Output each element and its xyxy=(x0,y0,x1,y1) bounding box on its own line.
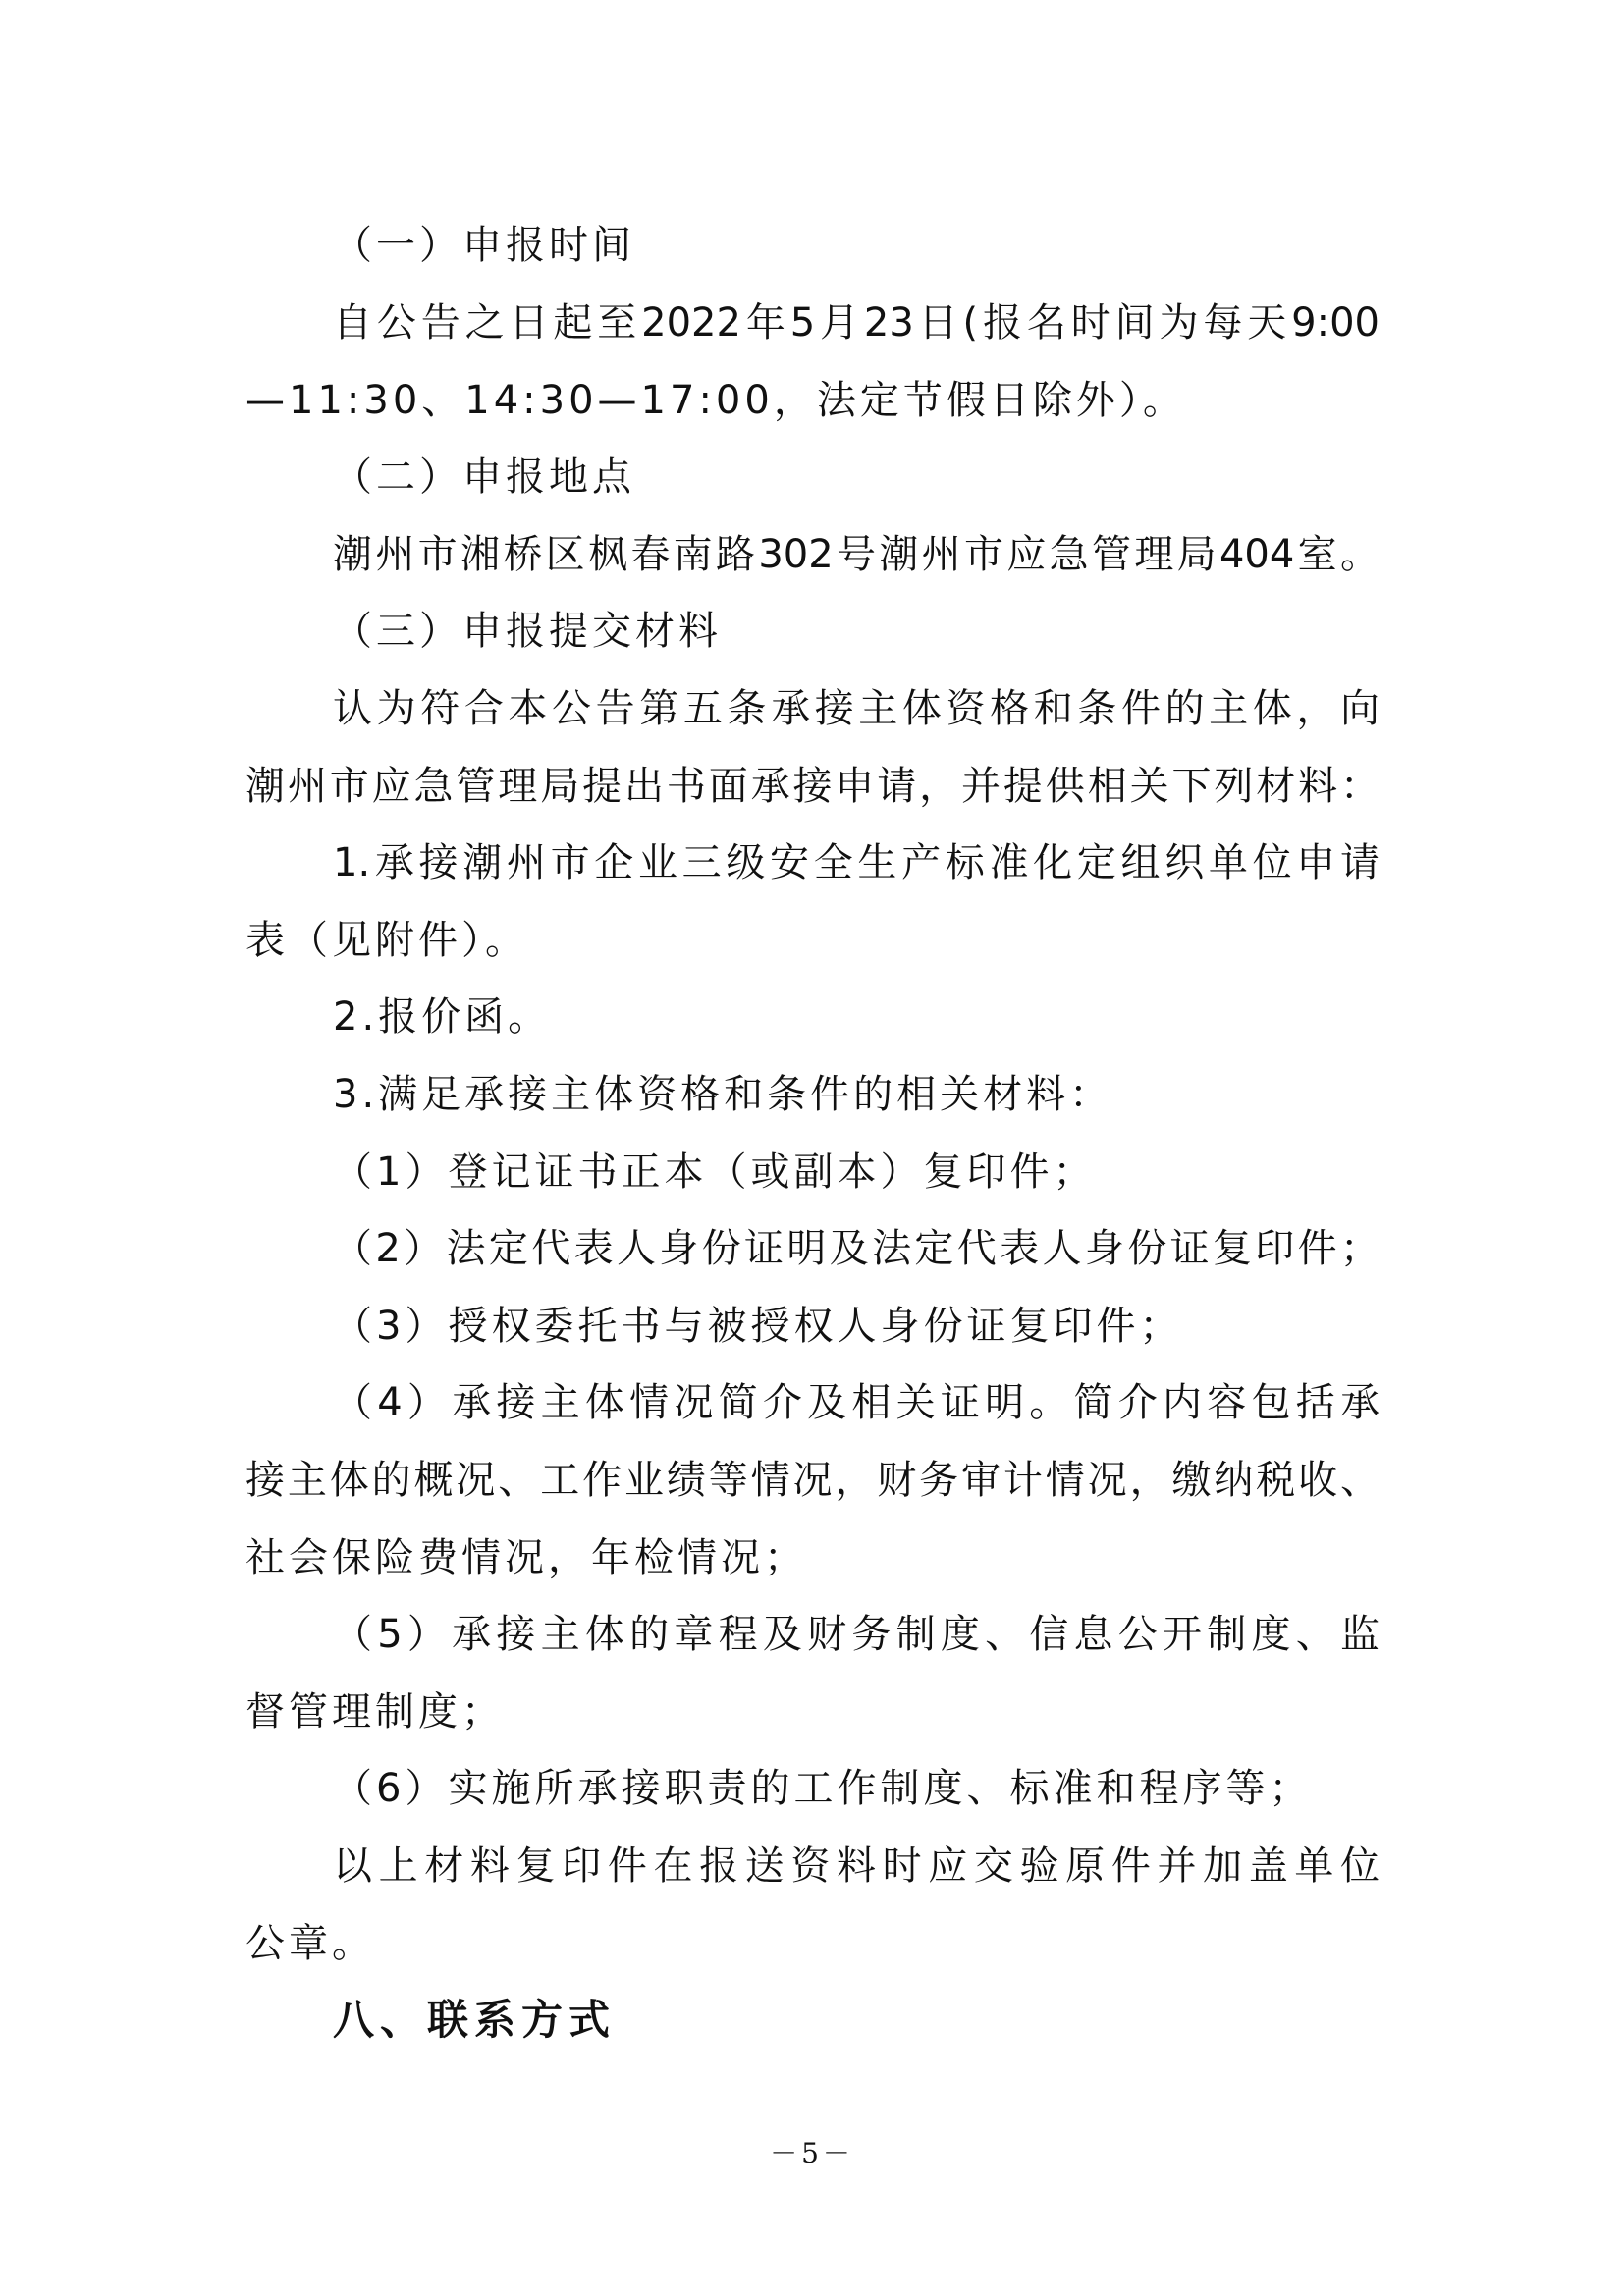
text-line: 3.满足承接主体资格和条件的相关材料： xyxy=(333,1071,1380,1118)
page-number: －5－ xyxy=(0,2136,1624,2171)
text-line: （2）法定代表人身份证明及法定代表人身份证复印件； xyxy=(333,1225,1380,1272)
text-line: 认为符合本公告第五条承接主体资格和条件的主体，向 xyxy=(333,685,1380,732)
text-line: （5）承接主体的章程及财务制度、信息公开制度、监 xyxy=(333,1611,1380,1658)
text-line: 公章。 xyxy=(245,1920,1380,1967)
text-line: （3）授权委托书与被授权人身份证复印件； xyxy=(333,1303,1380,1350)
text-line: 潮州市应急管理局提出书面承接申请，并提供相关下列材料： xyxy=(245,763,1380,810)
text-line: 社会保险费情况，年检情况； xyxy=(245,1534,1380,1581)
text-line: 接主体的概况、工作业绩等情况，财务审计情况，缴纳税收、 xyxy=(245,1457,1380,1504)
text-line: （6）实施所承接职责的工作制度、标准和程序等； xyxy=(333,1765,1380,1812)
text-line: 督管理制度； xyxy=(245,1688,1380,1735)
section-heading: 八、联系方式 xyxy=(333,1997,1380,2044)
text-line: 以上材料复印件在报送资料时应交验原件并加盖单位 xyxy=(333,1842,1380,1890)
text-line: （1）登记证书正本（或副本）复印件； xyxy=(333,1148,1380,1196)
text-line: 1.承接潮州市企业三级安全生产标准化定组织单位申请 xyxy=(333,839,1380,886)
document-page: （一）申报时间自公告之日起至2022年5月23日(报名时间为每天9:00—11:… xyxy=(0,0,1624,2296)
text-line: （4）承接主体情况简介及相关证明。简介内容包括承 xyxy=(333,1379,1380,1426)
text-line: —11:30、14:30—17:00，法定节假日除外）。 xyxy=(245,377,1380,424)
text-line: （三）申报提交材料 xyxy=(333,608,1380,655)
text-line: （一）申报时间 xyxy=(333,222,1380,269)
text-line: 潮州市湘桥区枫春南路302号潮州市应急管理局404室。 xyxy=(333,531,1380,578)
text-line: （二）申报地点 xyxy=(333,454,1380,501)
text-line: 自公告之日起至2022年5月23日(报名时间为每天9:00 xyxy=(333,299,1380,347)
text-line: 表（见附件）。 xyxy=(245,917,1380,964)
text-line: 2.报价函。 xyxy=(333,993,1380,1041)
